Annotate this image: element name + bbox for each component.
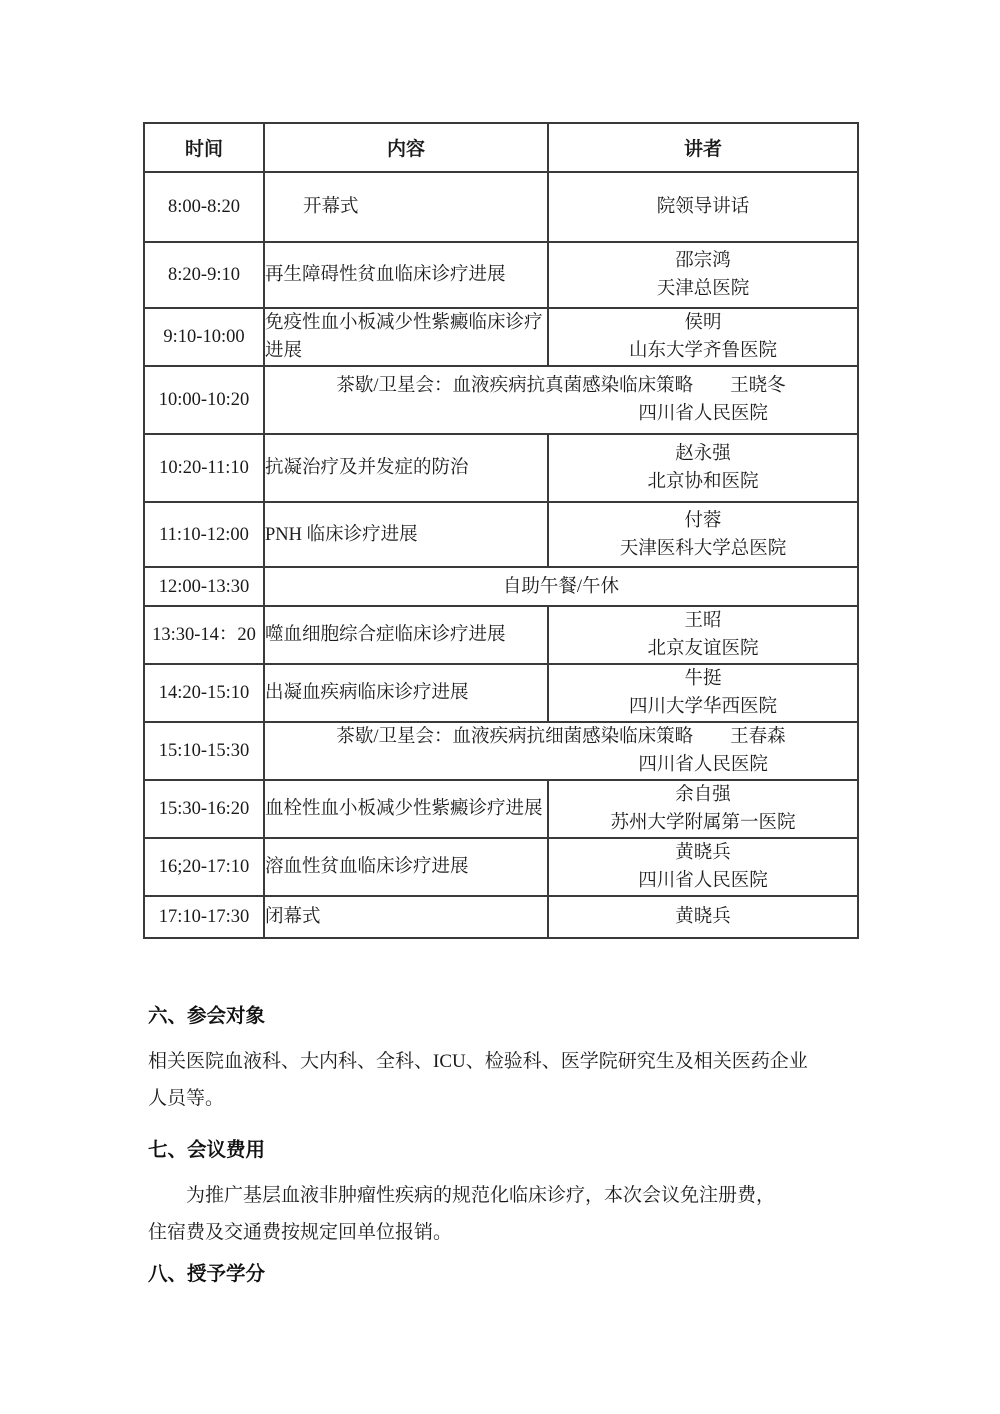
- merged-session-cell: 茶歇/卫星会：血液疾病抗细菌感染临床策略 王春森 四川省人民医院: [264, 722, 858, 780]
- time-cell: 10:00-10:20: [144, 366, 264, 434]
- header-time: 时间: [144, 123, 264, 172]
- merged-session-cell: 茶歇/卫星会：血液疾病抗真菌感染临床策略 王晓冬 四川省人民医院: [264, 366, 858, 434]
- table-row: 17:10-17:30 闭幕式 黄晓兵: [144, 896, 858, 938]
- time-cell: 17:10-17:30: [144, 896, 264, 938]
- speaker-cell: 院领导讲话: [548, 172, 858, 242]
- header-speaker: 讲者: [548, 123, 858, 172]
- speaker-hospital: 北京协和医院: [549, 468, 857, 496]
- speaker-cell: 邵宗鸿 天津总医院: [548, 242, 858, 308]
- speaker-hospital: 北京友谊医院: [549, 635, 857, 663]
- speaker-name: 付蓉: [549, 507, 857, 535]
- merged-lunch-cell: 自助午餐/午休: [264, 567, 858, 606]
- speaker-name: 余自强: [549, 781, 857, 809]
- speaker-hospital: 四川省人民医院: [549, 867, 857, 895]
- speaker-cell: 黄晓兵 四川省人民医院: [548, 838, 858, 896]
- speaker-hospital: 四川省人民医院: [265, 400, 857, 428]
- speaker-name: 黄晓兵: [549, 839, 857, 867]
- time-cell: 15:10-15:30: [144, 722, 264, 780]
- speaker-cell: 王昭 北京友谊医院: [548, 606, 858, 664]
- table-row-satellite-session: 15:10-15:30 茶歇/卫星会：血液疾病抗细菌感染临床策略 王春森 四川省…: [144, 722, 858, 780]
- table-row-satellite-session: 10:00-10:20 茶歇/卫星会：血液疾病抗真菌感染临床策略 王晓冬 四川省…: [144, 366, 858, 434]
- speaker-hospital: 苏州大学附属第一医院: [549, 809, 857, 837]
- speaker-cell: 付蓉 天津医科大学总医院: [548, 502, 858, 567]
- content-cell: PNH 临床诊疗进展: [264, 502, 548, 567]
- speaker-name: 赵永强: [549, 440, 857, 468]
- content-cell: 溶血性贫血临床诊疗进展: [264, 838, 548, 896]
- speaker-name: 牛挺: [549, 665, 857, 693]
- paragraph-line: 住宿费及交通费按规定回单位报销。: [148, 1214, 860, 1251]
- content-cell: 闭幕式: [264, 896, 548, 938]
- speaker-hospital: 四川大学华西医院: [549, 693, 857, 721]
- table-row: 9:10-10:00 免疫性血小板减少性紫癜临床诊疗进展 侯明 山东大学齐鲁医院: [144, 308, 858, 366]
- paragraph-line: 相关医院血液科、大内科、全科、ICU、检验科、医学院研究生及相关医药企业: [148, 1043, 860, 1080]
- content-cell: 免疫性血小板减少性紫癜临床诊疗进展: [264, 308, 548, 366]
- lunch-label: 自助午餐/午休: [265, 573, 857, 601]
- attendees-paragraph: 相关医院血液科、大内科、全科、ICU、检验科、医学院研究生及相关医药企业 人员等…: [148, 1043, 860, 1117]
- speaker-hospital: 山东大学齐鲁医院: [549, 337, 857, 365]
- table-row: 8:20-9:10 再生障碍性贫血临床诊疗进展 邵宗鸿 天津总医院: [144, 242, 858, 308]
- document-page: 时间 内容 讲者 8:00-8:20 开幕式 院领导讲话 8:20-9:10 再…: [0, 0, 1000, 1414]
- time-cell: 14:20-15:10: [144, 664, 264, 722]
- time-cell: 9:10-10:00: [144, 308, 264, 366]
- content-cell: 噬血细胞综合症临床诊疗进展: [264, 606, 548, 664]
- time-cell: 10:20-11:10: [144, 434, 264, 502]
- table-row-lunch-break: 12:00-13:30 自助午餐/午休: [144, 567, 858, 606]
- table-row: 11:10-12:00 PNH 临床诊疗进展 付蓉 天津医科大学总医院: [144, 502, 858, 567]
- speaker-hospital: 天津医科大学总医院: [549, 535, 857, 563]
- content-cell: 出凝血疾病临床诊疗进展: [264, 664, 548, 722]
- schedule-table: 时间 内容 讲者 8:00-8:20 开幕式 院领导讲话 8:20-9:10 再…: [143, 122, 859, 939]
- speaker-hospital: 四川省人民医院: [265, 751, 857, 779]
- content-cell: 开幕式: [264, 172, 548, 242]
- content-cell: 再生障碍性贫血临床诊疗进展: [264, 242, 548, 308]
- time-cell: 12:00-13:30: [144, 567, 264, 606]
- table-row: 13:30-14：20 噬血细胞综合症临床诊疗进展 王昭 北京友谊医院: [144, 606, 858, 664]
- table-row: 15:30-16:20 血栓性血小板减少性紫癜诊疗进展 余自强 苏州大学附属第一…: [144, 780, 858, 838]
- time-cell: 15:30-16:20: [144, 780, 264, 838]
- time-cell: 8:20-9:10: [144, 242, 264, 308]
- content-cell: 抗凝治疗及并发症的防治: [264, 434, 548, 502]
- time-cell: 11:10-12:00: [144, 502, 264, 567]
- table-row: 8:00-8:20 开幕式 院领导讲话: [144, 172, 858, 242]
- speaker-cell: 黄晓兵: [548, 896, 858, 938]
- table-header-row: 时间 内容 讲者: [144, 123, 858, 172]
- table-row: 16;20-17:10 溶血性贫血临床诊疗进展 黄晓兵 四川省人民医院: [144, 838, 858, 896]
- speaker-cell: 侯明 山东大学齐鲁医院: [548, 308, 858, 366]
- section-heading-credits: 八、授予学分: [148, 1261, 857, 1287]
- content-cell: 血栓性血小板减少性紫癜诊疗进展: [264, 780, 548, 838]
- section-heading-fees: 七、会议费用: [148, 1137, 857, 1163]
- table-row: 10:20-11:10 抗凝治疗及并发症的防治 赵永强 北京协和医院: [144, 434, 858, 502]
- speaker-name: 侯明: [549, 309, 857, 337]
- speaker-name: 邵宗鸿: [549, 247, 857, 275]
- speaker-cell: 牛挺 四川大学华西医院: [548, 664, 858, 722]
- speaker-hospital: 天津总医院: [549, 275, 857, 303]
- time-cell: 8:00-8:20: [144, 172, 264, 242]
- table-row: 14:20-15:10 出凝血疾病临床诊疗进展 牛挺 四川大学华西医院: [144, 664, 858, 722]
- speaker-name: 王昭: [549, 607, 857, 635]
- time-cell: 16;20-17:10: [144, 838, 264, 896]
- fees-paragraph: 为推广基层血液非肿瘤性疾病的规范化临床诊疗，本次会议免注册费， 住宿费及交通费按…: [148, 1177, 860, 1251]
- section-heading-attendees: 六、参会对象: [148, 1003, 857, 1029]
- time-cell: 13:30-14：20: [144, 606, 264, 664]
- session-title-and-speaker: 茶歇/卫星会：血液疾病抗真菌感染临床策略 王晓冬: [265, 372, 857, 400]
- header-content: 内容: [264, 123, 548, 172]
- speaker-cell: 赵永强 北京协和医院: [548, 434, 858, 502]
- session-title-and-speaker: 茶歇/卫星会：血液疾病抗细菌感染临床策略 王春森: [265, 723, 857, 751]
- paragraph-line: 为推广基层血液非肿瘤性疾病的规范化临床诊疗，本次会议免注册费，: [148, 1177, 860, 1214]
- speaker-cell: 余自强 苏州大学附属第一医院: [548, 780, 858, 838]
- paragraph-line: 人员等。: [148, 1080, 860, 1117]
